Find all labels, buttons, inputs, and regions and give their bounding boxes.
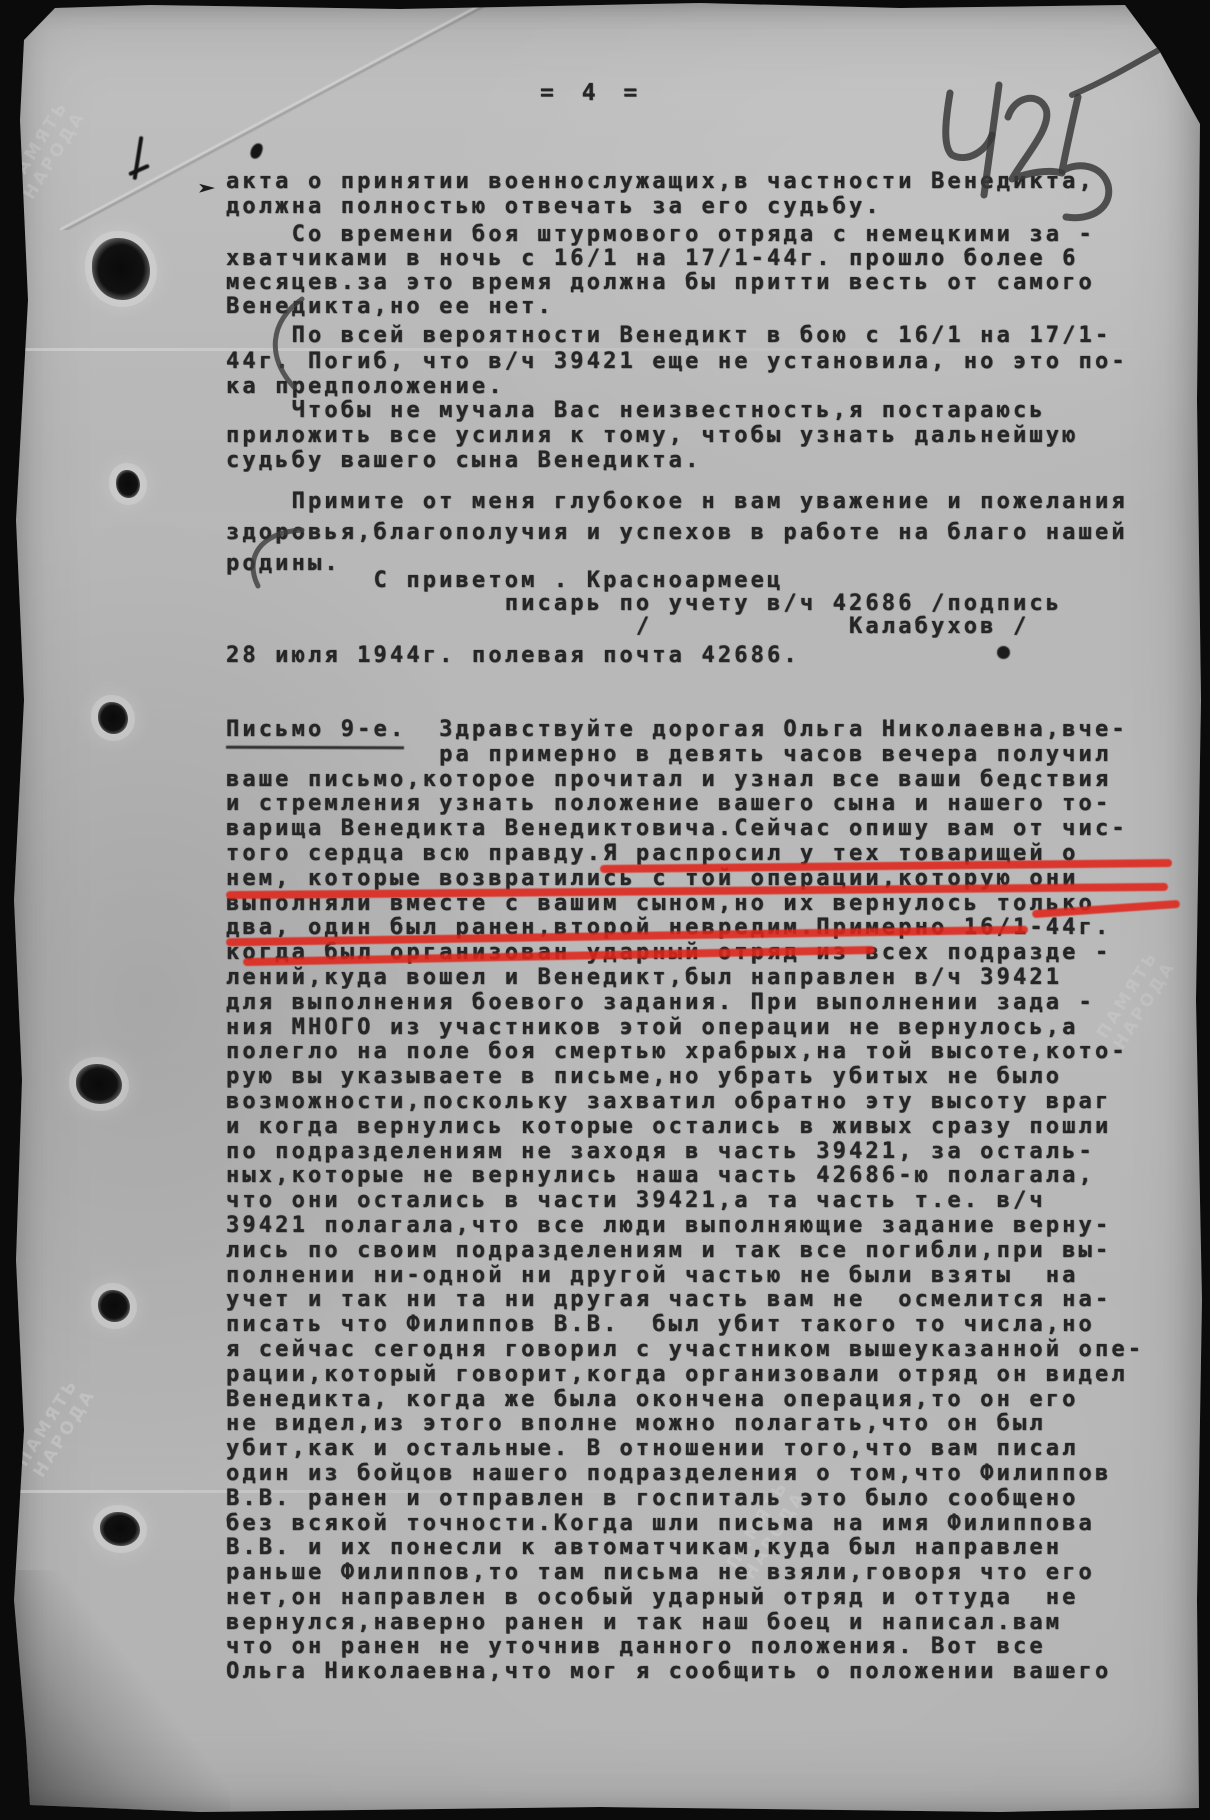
watermark-pamyat-naroda: ПАМЯТЬ НАРОДА [3, 97, 90, 204]
punch-hole-4 [76, 1064, 122, 1104]
letter8-paragraph-wishes: Примите от меня глубокое н вам уважение … [226, 486, 1128, 579]
punch-hole-6 [100, 1512, 140, 1546]
letter8-paragraph-efforts: Чтобы не мучала Вас неизвестность,я пост… [226, 398, 1079, 473]
punch-hole-2 [116, 470, 140, 498]
punch-hole-3 [98, 702, 128, 734]
ink-mark-comma [249, 142, 264, 161]
ink-mark-squiggle-hook [128, 164, 150, 177]
ink-mark-arrow [199, 182, 215, 194]
scanned-document-page: { "page": { "typed_page_number": "= 4 ="… [0, 0, 1210, 1820]
letter8-paragraph-battle-time: Со времени боя штурмового отряда с немец… [226, 223, 1095, 319]
ink-blot [997, 646, 1010, 659]
pen-mark-curve [238, 524, 310, 590]
corner-curl-shadow [0, 1570, 230, 1820]
letter8-date-line: 28 июля 1944г. полевая почта 42686. [226, 644, 800, 668]
handwritten-page-number [920, 35, 1200, 225]
punch-hole-1 [92, 238, 150, 300]
paper-sheet: ПАМЯТЬ НАРОДА ПАМЯТЬ НАРОДА ПАМЯТЬ НАРОД… [0, 0, 1210, 1820]
watermark-pamyat-naroda: ПАМЯТЬ НАРОДА [13, 1375, 100, 1482]
typed-page-number: = 4 = [540, 80, 644, 106]
letter8-signature-block: С приветом . Красноармеец писарь по учет… [226, 569, 1062, 638]
punch-hole-5 [98, 1290, 130, 1322]
pen-mark-parenthesis [262, 295, 308, 391]
letter9-heading-underline [226, 746, 404, 750]
letter8-paragraph-probability: По всей вероятности Венедикт в бою с 16/… [226, 323, 1128, 400]
